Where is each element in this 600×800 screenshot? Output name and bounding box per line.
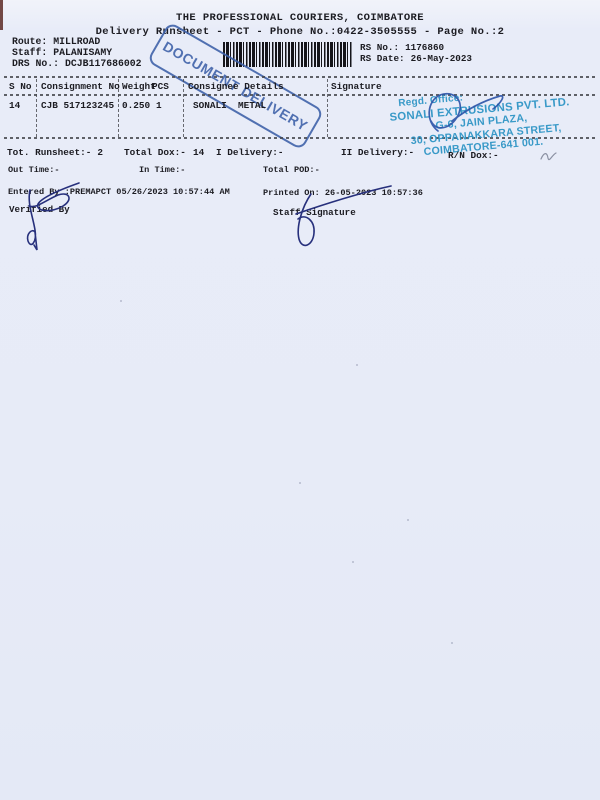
tot-runsheet-value: 2 [97,148,103,158]
col-divider-3 [183,79,184,137]
i-delivery-label: I Delivery:- [216,148,284,158]
verified-by-label: Verified By [9,205,70,215]
page-title: THE PROFESSIONAL COURIERS, COIMBATORE [0,13,600,25]
scanned-delivery-runsheet: THE PROFESSIONAL COURIERS, COIMBATORE De… [0,0,600,800]
row-sno: 14 [9,101,20,111]
rs-no-label: RS No.: [360,43,399,53]
scan-speck [352,561,354,563]
printed-on-text: Printed On: 26-05-2023 10:57:36 [263,189,423,198]
scan-speck [356,364,358,366]
divider-top [4,76,596,78]
ii-delivery-label: II Delivery:- [341,148,414,158]
in-time-label: In Time:- [139,166,185,175]
row-consignee: SONALI METAL [193,101,266,111]
col-header-signature: Signature [331,82,382,92]
col-header-pcs: PCS [152,82,169,92]
scan-speck [299,482,301,484]
drs-value: DCJB117686002 [65,59,141,70]
tot-runsheet-label: Tot. Runsheet:- [7,148,91,158]
col-header-weight: Weight [122,82,156,92]
rn-dox-label: R/N Dox:- [448,151,499,161]
col-divider-1 [36,79,37,137]
stray-pen-mark [541,153,556,160]
row-weight: 0.250 [122,101,150,111]
row-consignment: CJB 517123245 [41,101,114,111]
total-dox-value: 14 [193,148,204,158]
rs-no-value: 1176860 [405,43,444,53]
rs-date-row: RS Date:26-May-2023 [360,54,472,64]
scan-speck [120,300,122,302]
tot-runsheet: Tot. Runsheet:-2 [7,148,103,158]
entered-by-text: Entered By :PREMAPCT 05/26/2023 10:57:44… [8,188,230,197]
total-dox-label: Total Dox:- [124,148,186,158]
col-header-consignee: Consignee Details [188,82,284,92]
out-time-label: Out Time:- [8,166,60,175]
drs-row: DRS No.:DCJB117686002 [12,59,141,70]
rs-no-row: RS No.:1176860 [360,43,444,53]
total-pod-label: Total POD:- [263,166,320,175]
rs-date-label: RS Date: [360,54,405,64]
drs-label: DRS No.: [12,59,59,70]
staff-signature-label: Staff Signature [273,208,356,218]
scan-speck [451,642,453,644]
row-pcs: 1 [156,101,162,111]
col-header-sno: S No [9,82,32,92]
scan-speck [407,519,409,521]
col-divider-4 [327,79,328,137]
rs-date-value: 26-May-2023 [411,54,472,64]
col-header-consignment: Consignment No [41,82,120,92]
